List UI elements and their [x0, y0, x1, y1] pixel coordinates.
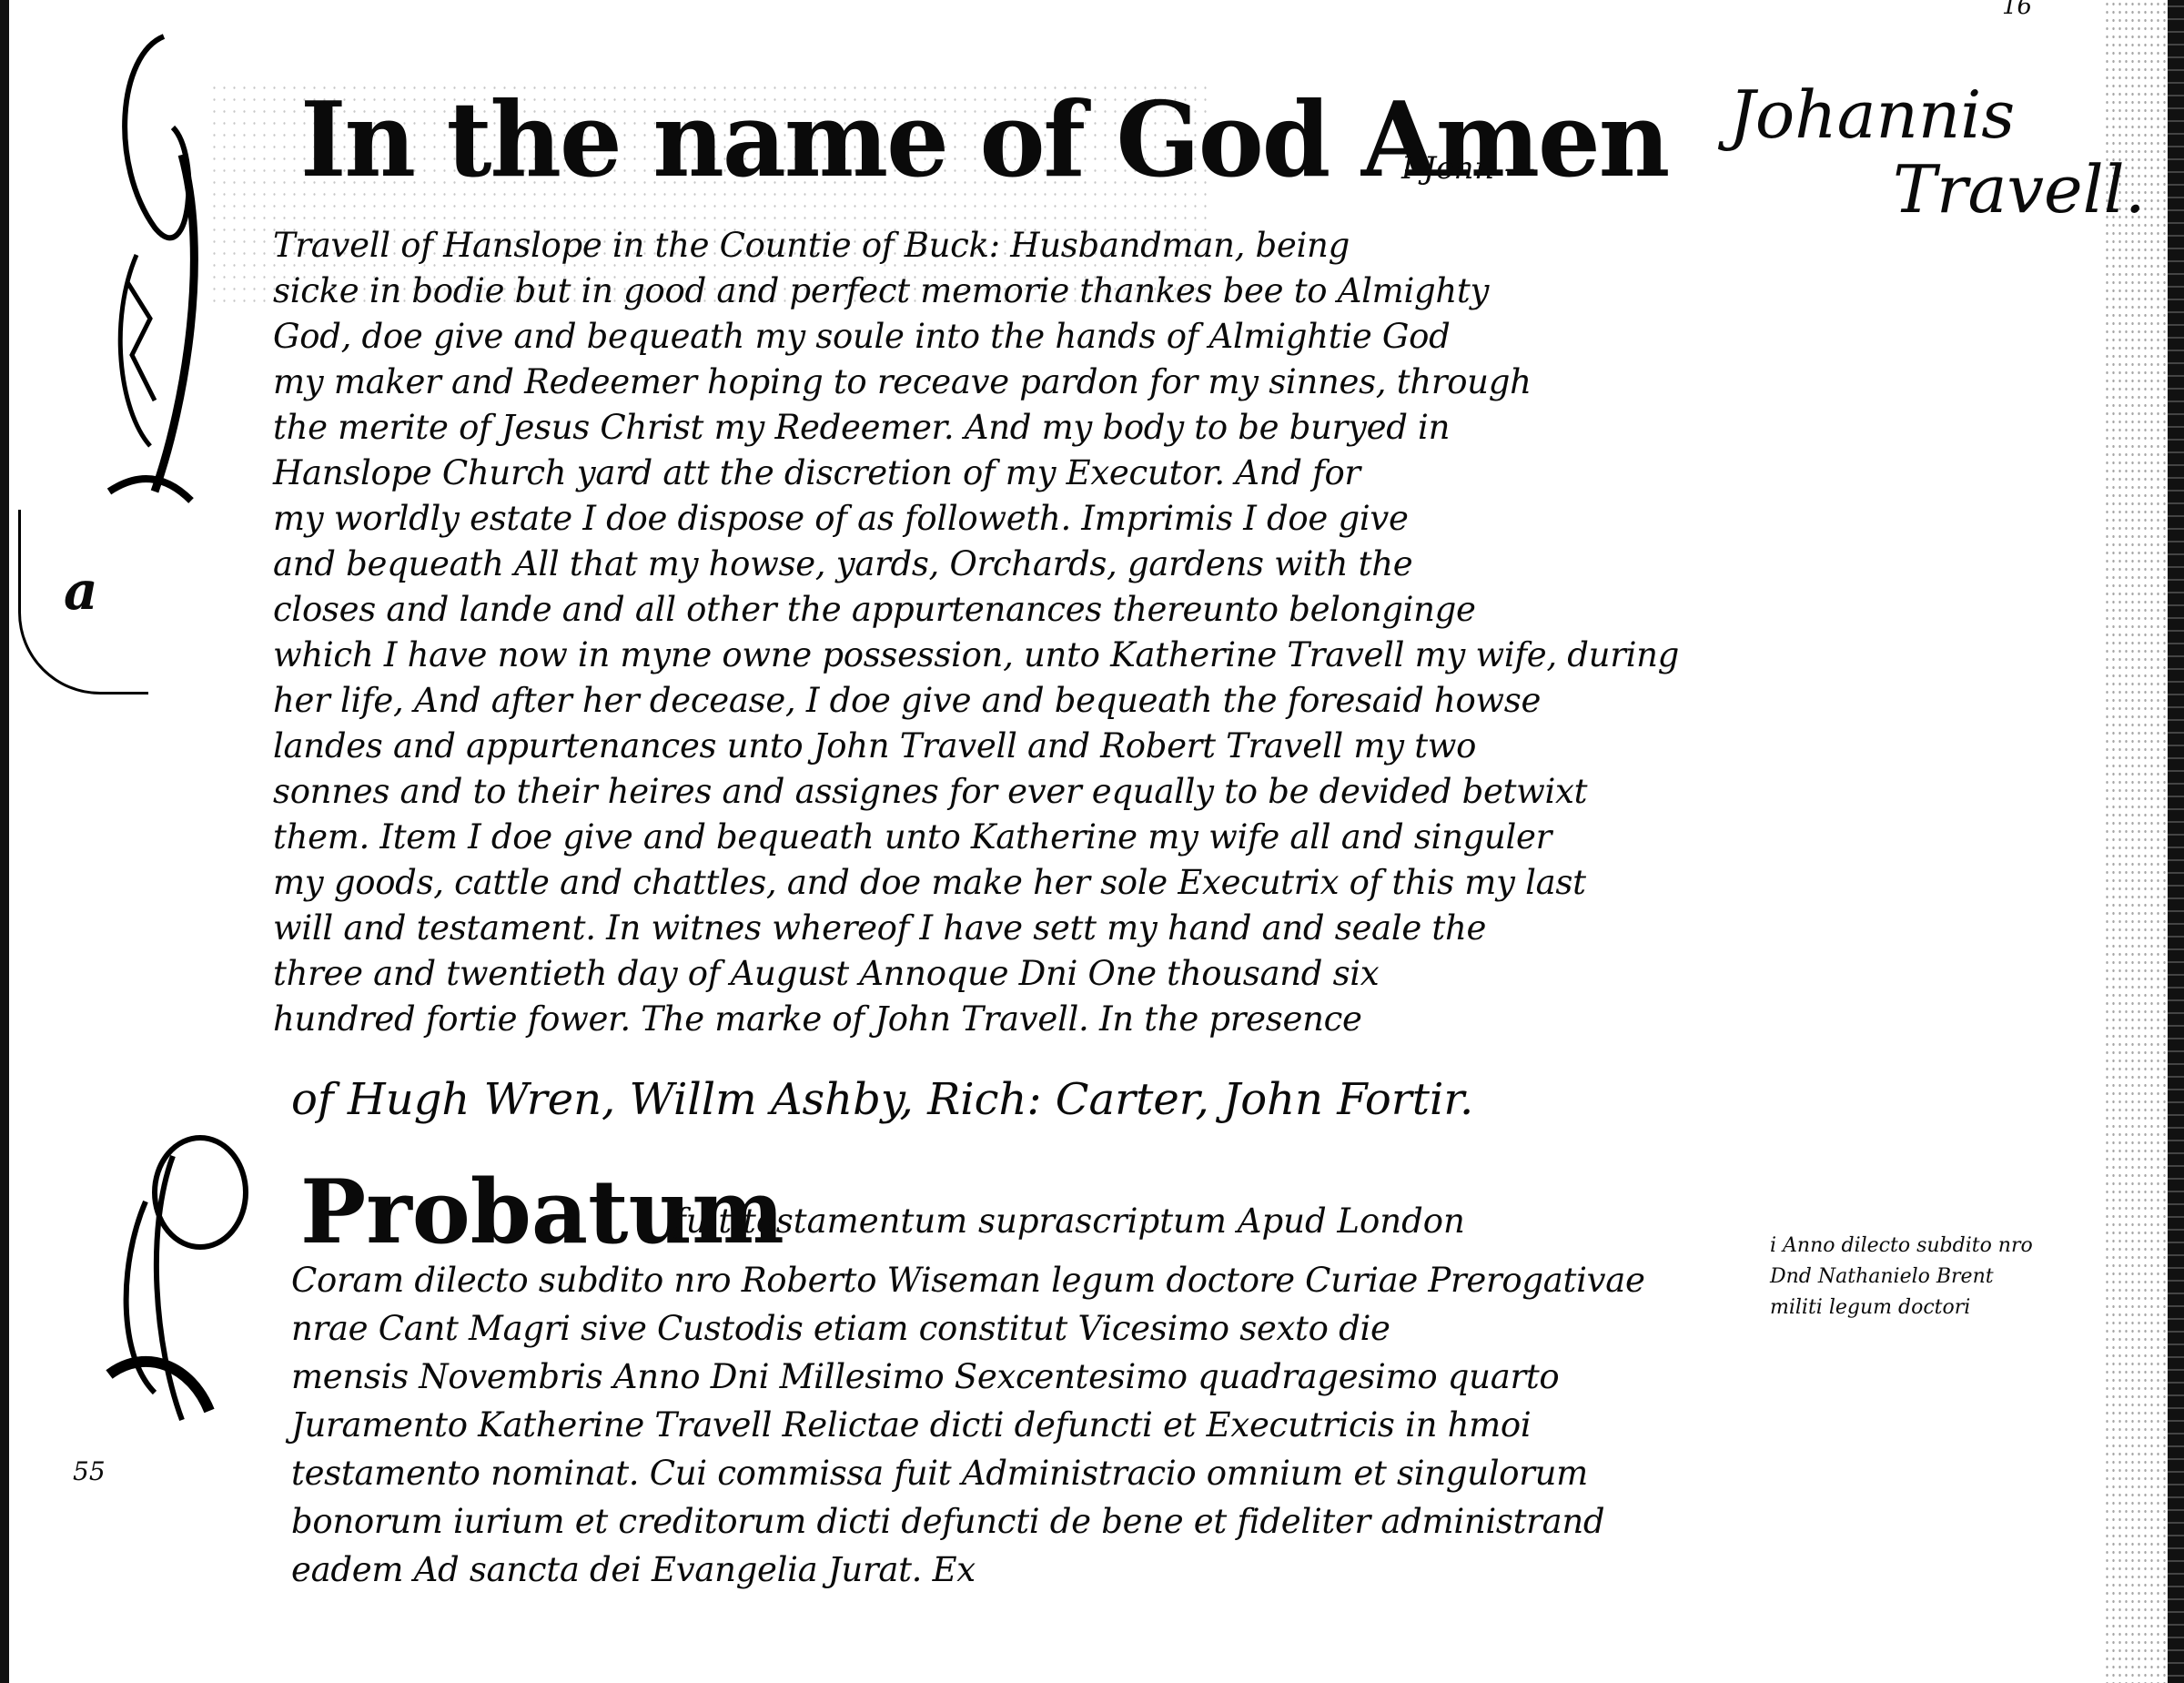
probate-line: bonorum iurium et creditorum dicti defun…	[291, 1497, 1765, 1546]
scan-edge-right	[2168, 0, 2184, 1683]
probate-line: testamento nominat. Cui commissa fuit Ad…	[291, 1449, 1765, 1497]
will-body: Travell of Hanslope in the Countie of Bu…	[273, 223, 1765, 1042]
will-line: sonnes and to their heires and assignes …	[273, 769, 1765, 815]
decorative-initial-p-icon	[91, 1120, 273, 1447]
margin-note-line: militi legum doctori	[1770, 1293, 2033, 1323]
margin-note-line: Dnd Nathanielo Brent	[1770, 1262, 2033, 1293]
margin-note-line: i Anno dilecto subdito nro	[1770, 1231, 2033, 1262]
scan-edge-left	[0, 0, 9, 1683]
decorative-initial-i-icon	[100, 18, 237, 528]
margin-name-line1: Johannis	[1729, 76, 2015, 153]
will-line: will and testament. In witnes whereof I …	[273, 906, 1765, 951]
will-line: my goods, cattle and chattles, and doe m…	[273, 860, 1765, 906]
will-line: Travell of Hanslope in the Countie of Bu…	[273, 223, 1765, 269]
margin-number: 55	[73, 1456, 106, 1486]
will-line: Hanslope Church yard att the discretion …	[273, 451, 1765, 496]
margin-mark: a	[64, 560, 98, 622]
scan-noise-right	[2104, 0, 2168, 1683]
will-line: her life, And after her decease, I doe g…	[273, 678, 1765, 724]
margin-testator-name: Johannis Travell.	[1729, 82, 2146, 222]
will-line: which I have now in myne owne possession…	[273, 633, 1765, 678]
folio-number: 16	[2002, 0, 2032, 20]
will-line: my maker and Redeemer hoping to receave …	[273, 360, 1765, 405]
will-line: my worldly estate I doe dispose of as fo…	[273, 496, 1765, 542]
will-line: hundred fortie fower. The marke of John …	[273, 997, 1765, 1042]
will-heading-tail: I John —	[1401, 150, 1535, 187]
will-line: and bequeath All that my howse, yards, O…	[273, 542, 1765, 587]
probate-line: nrae Cant Magri sive Custodis etiam cons…	[291, 1304, 1765, 1353]
manuscript-page: 16 a In the name of God Amen I John — Jo…	[0, 0, 2184, 1683]
will-line: God, doe give and bequeath my soule into…	[273, 314, 1765, 360]
probate-heading-tail: fuit testamentum suprascriptum Apud Lond…	[673, 1201, 1465, 1241]
probate-line: Juramento Katherine Travell Relictae dic…	[291, 1401, 1765, 1449]
probate-margin-note: i Anno dilecto subdito nro Dnd Nathaniel…	[1770, 1231, 2033, 1323]
probate-line: eadem Ad sancta dei Evangelia Jurat. Ex	[291, 1546, 1765, 1594]
will-line: them. Item I doe give and bequeath unto …	[273, 815, 1765, 860]
probate-body: Coram dilecto subdito nro Roberto Wisema…	[291, 1256, 1765, 1594]
will-line: landes and appurtenances unto John Trave…	[273, 724, 1765, 769]
probate-line: Coram dilecto subdito nro Roberto Wisema…	[291, 1256, 1765, 1304]
will-line: three and twentieth day of August Annoqu…	[273, 951, 1765, 997]
will-line: the merite of Jesus Christ my Redeemer. …	[273, 405, 1765, 451]
will-line: sicke in bodie but in good and perfect m…	[273, 269, 1765, 314]
margin-name-line2: Travell.	[1893, 157, 2146, 222]
witnesses-line: of Hugh Wren, Willm Ashby, Rich: Carter,…	[291, 1074, 1473, 1125]
will-line: closes and lande and all other the appur…	[273, 587, 1765, 633]
probate-line: mensis Novembris Anno Dni Millesimo Sexc…	[291, 1353, 1765, 1401]
